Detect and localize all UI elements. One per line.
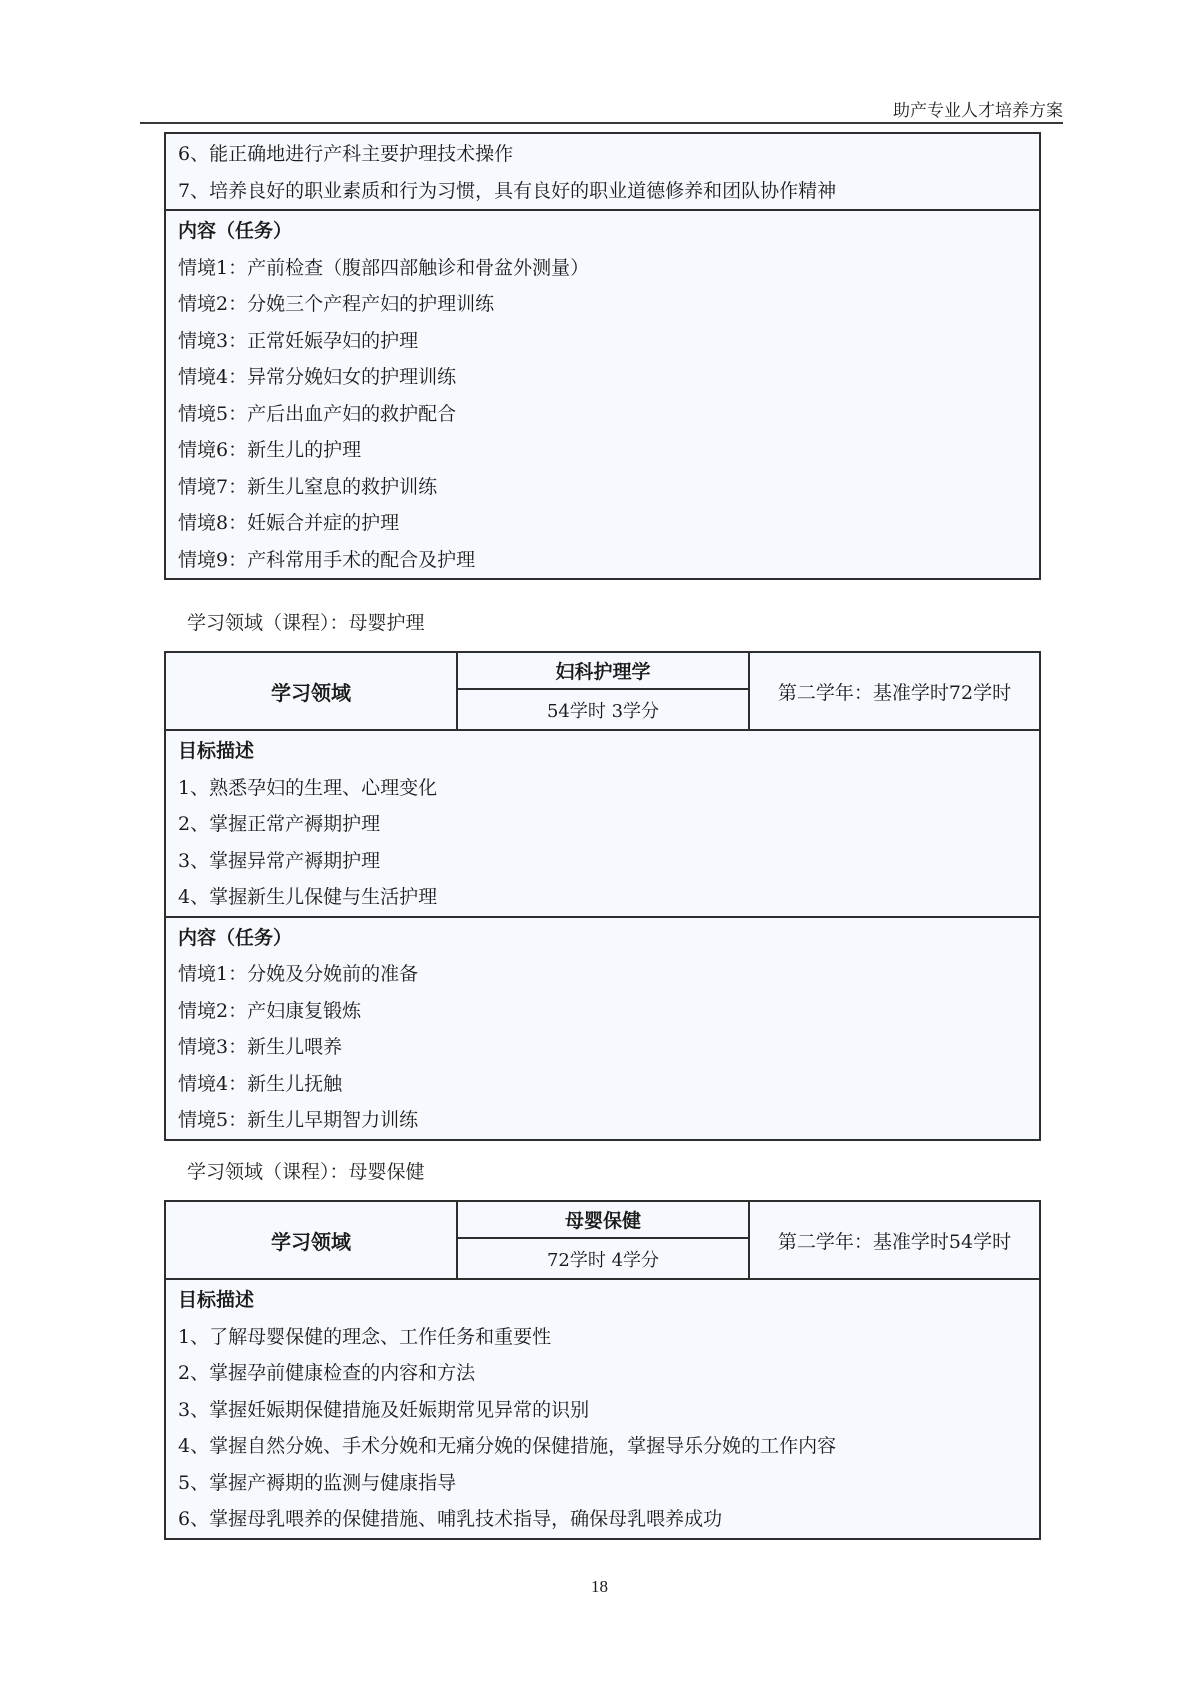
- course-header-row: 学习领域 妇科护理学 54学时 3学分 第二学年：基准学时72学时: [166, 653, 1039, 731]
- course-table-continued: 6、能正确地进行产科主要护理技术操作 7、培养良好的职业素质和行为习惯，具有良好…: [164, 132, 1041, 580]
- objective-item: 4、掌握自然分娩、手术分娩和无痛分娩的保健措施，掌握导乐分娩的工作内容: [178, 1428, 1039, 1465]
- content-item: 情境6：新生儿的护理: [178, 432, 1039, 469]
- objective-item: 7、培养良好的职业素质和行为习惯，具有良好的职业道德修养和团队协作精神: [178, 173, 1039, 210]
- objectives-heading: 目标描述: [178, 733, 1039, 770]
- objective-item: 5、掌握产褥期的监测与健康指导: [178, 1465, 1039, 1502]
- objectives-heading: 目标描述: [178, 1282, 1039, 1319]
- schedule-info: 第二学年：基准学时72学时: [750, 653, 1039, 729]
- content-item: 情境8：妊娠合并症的护理: [178, 505, 1039, 542]
- content-item: 情境1：产前检查（腹部四部触诊和骨盆外测量）: [178, 250, 1039, 287]
- running-header-title: 助产专业人才培养方案: [140, 96, 1063, 121]
- content-section: 内容（任务） 情境1：产前检查（腹部四部触诊和骨盆外测量） 情境2：分娩三个产程…: [166, 209, 1039, 578]
- objective-item: 4、掌握新生儿保健与生活护理: [178, 879, 1039, 916]
- course-name: 母婴保健: [458, 1202, 748, 1239]
- header-rule: [140, 122, 1063, 124]
- course-name: 妇科护理学: [458, 653, 748, 690]
- content-heading: 内容（任务）: [178, 920, 1039, 957]
- page-number: 18: [0, 1577, 1199, 1597]
- hours-credits: 54学时 3学分: [458, 690, 748, 729]
- objectives-section: 目标描述 1、了解母婴保健的理念、工作任务和重要性 2、掌握孕前健康检查的内容和…: [166, 1280, 1039, 1538]
- content-item: 情境3：新生儿喂养: [178, 1029, 1039, 1066]
- content-item: 情境9：产科常用手术的配合及护理: [178, 542, 1039, 579]
- hours-credits: 72学时 4学分: [458, 1239, 748, 1278]
- course-header-row: 学习领域 母婴保健 72学时 4学分 第二学年：基准学时54学时: [166, 1202, 1039, 1280]
- course-info-cell: 母婴保健 72学时 4学分: [458, 1202, 750, 1278]
- content-item: 情境5：产后出血产妇的救护配合: [178, 396, 1039, 433]
- objective-item: 1、了解母婴保健的理念、工作任务和重要性: [178, 1319, 1039, 1356]
- objective-item: 6、能正确地进行产科主要护理技术操作: [178, 136, 1039, 173]
- content-item: 情境4：新生儿抚触: [178, 1066, 1039, 1103]
- course-caption: 学习领域（课程）：母婴护理: [187, 608, 425, 635]
- objective-item: 2、掌握正常产褥期护理: [178, 806, 1039, 843]
- content-item: 情境7：新生儿窒息的救护训练: [178, 469, 1039, 506]
- objective-item: 6、掌握母乳喂养的保健措施、哺乳技术指导，确保母乳喂养成功: [178, 1501, 1039, 1538]
- content-item: 情境2：分娩三个产程产妇的护理训练: [178, 286, 1039, 323]
- content-item: 情境1：分娩及分娩前的准备: [178, 956, 1039, 993]
- schedule-info: 第二学年：基准学时54学时: [750, 1202, 1039, 1278]
- objectives-section: 目标描述 1、熟悉孕妇的生理、心理变化 2、掌握正常产褥期护理 3、掌握异常产褥…: [166, 731, 1039, 916]
- objective-item: 2、掌握孕前健康检查的内容和方法: [178, 1355, 1039, 1392]
- course-table-maternal-infant-nursing: 学习领域 妇科护理学 54学时 3学分 第二学年：基准学时72学时 目标描述 1…: [164, 651, 1041, 1141]
- objective-item: 3、掌握异常产褥期护理: [178, 843, 1039, 880]
- content-item: 情境2：产妇康复锻炼: [178, 993, 1039, 1030]
- course-caption: 学习领域（课程）：母婴保健: [187, 1157, 425, 1184]
- content-item: 情境3：正常妊娠孕妇的护理: [178, 323, 1039, 360]
- objectives-continued: 6、能正确地进行产科主要护理技术操作 7、培养良好的职业素质和行为习惯，具有良好…: [166, 134, 1039, 209]
- content-item: 情境5：新生儿早期智力训练: [178, 1102, 1039, 1139]
- objective-item: 1、熟悉孕妇的生理、心理变化: [178, 770, 1039, 807]
- content-heading: 内容（任务）: [178, 213, 1039, 250]
- learning-area-label: 学习领域: [166, 653, 458, 729]
- content-section: 内容（任务） 情境1：分娩及分娩前的准备 情境2：产妇康复锻炼 情境3：新生儿喂…: [166, 916, 1039, 1139]
- objective-item: 3、掌握妊娠期保健措施及妊娠期常见异常的识别: [178, 1392, 1039, 1429]
- course-table-maternal-infant-health: 学习领域 母婴保健 72学时 4学分 第二学年：基准学时54学时 目标描述 1、…: [164, 1200, 1041, 1540]
- content-item: 情境4：异常分娩妇女的护理训练: [178, 359, 1039, 396]
- learning-area-label: 学习领域: [166, 1202, 458, 1278]
- course-info-cell: 妇科护理学 54学时 3学分: [458, 653, 750, 729]
